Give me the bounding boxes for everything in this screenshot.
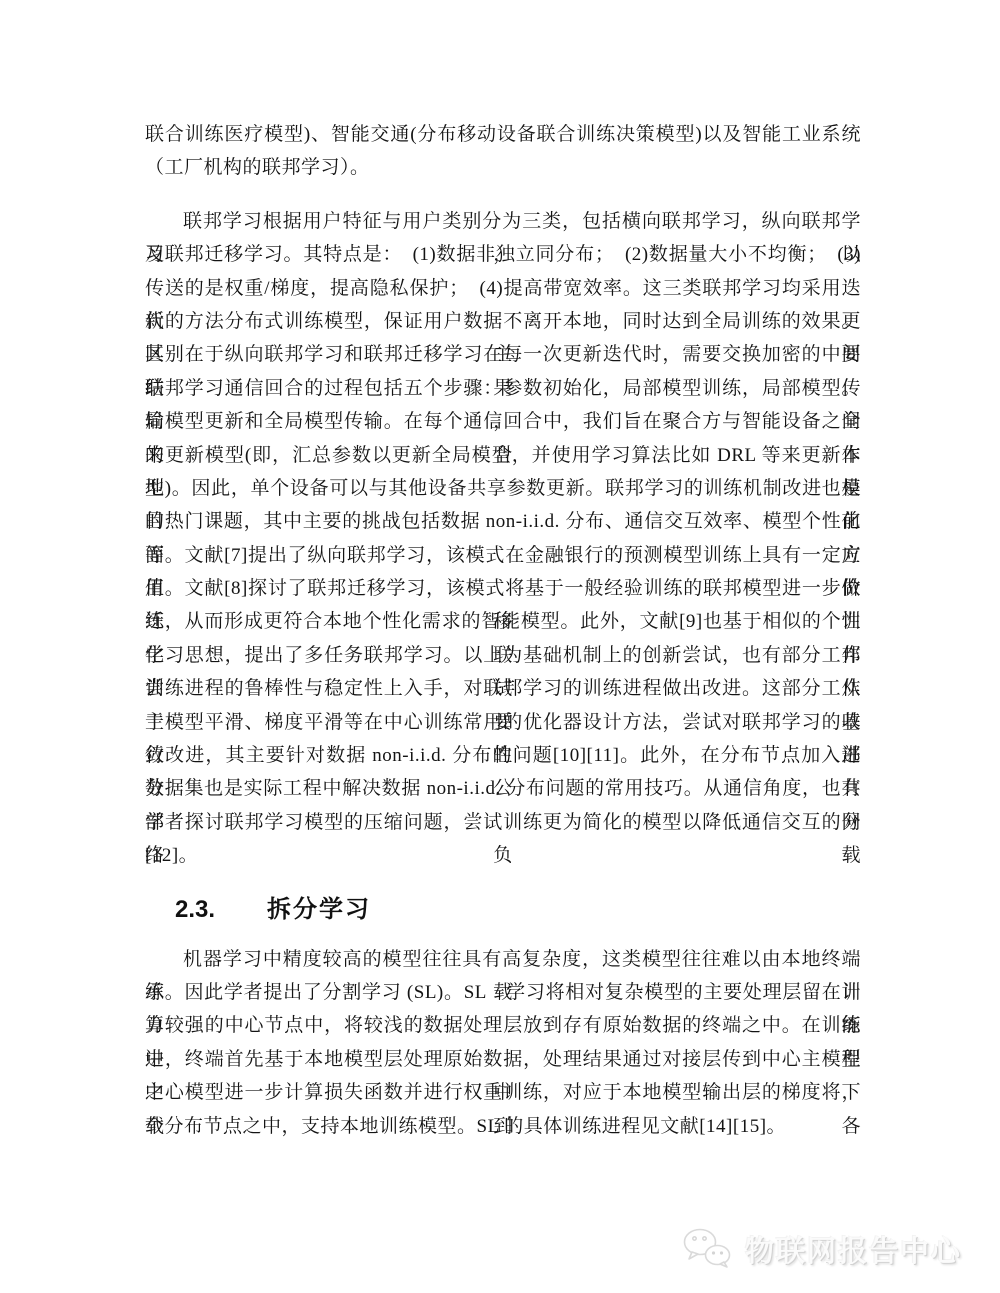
- text-line: 的热门课题，其中主要的挑战包括数据 non-i.i.d. 分布、通信交互效率、模…: [145, 505, 861, 538]
- section-heading: 2.3.拆分学习: [145, 893, 861, 927]
- text-line: 中心模型进一步计算损失函数并进行权重训练，对应于本地模型输出层的梯度将下载到各: [145, 1076, 861, 1109]
- text-line: 行改进，其主要针对数据 non-i.i.d. 分布的问题[10][11]。此外，…: [145, 739, 861, 772]
- text-line: 练。因此学者提出了分割学习 (SL)。SL 学习将相对复杂模型的主要处理层留在计…: [145, 976, 861, 1009]
- text-line: 学习思想，提出了多任务联邦学习。以上为基础机制上的创新尝试，也有部分工作尝试从: [145, 639, 861, 672]
- document-body: 联合训练医疗模型)、智能交通(分布移动设备联合训练决策模型)以及智能工业系统（工…: [145, 118, 861, 1163]
- text-line: 面。文献[7]提出了纵向联邦学习，该模式在金融银行的预测模型训练上具有一定应用价: [145, 539, 861, 572]
- watermark-label: 物联网报告中心: [745, 1229, 962, 1270]
- text-line: 学者探讨联邦学习模型的压缩问题，尝试训练更为简化的模型以降低通信交互的网络负载: [145, 806, 861, 839]
- watermark: 物联网报告中心: [681, 1226, 962, 1272]
- text-line: 区别在于纵向联邦学习和联邦迁移学习在每一次更新迭代时，需要交换加密的中间结果。: [145, 338, 861, 371]
- text-line: 型)。因此，单个设备可以与其他设备共享参数更新。联邦学习的训练机制改进也是目前: [145, 472, 861, 505]
- paragraph: 机器学习中精度较高的模型往往具有高复杂度，这类模型往往难以由本地终端承载训练。因…: [145, 943, 861, 1143]
- text-line: 训练进程的鲁棒性与稳定性上入手，对联邦学习的训练进程做出改进。这部分工作主要基: [145, 672, 861, 705]
- text-line: （工厂机构的联邦学习）。: [145, 151, 861, 184]
- text-line: 中，终端首先基于本地模型层处理原始数据，处理结果通过对接层传到中心主模型之中，: [145, 1043, 861, 1076]
- paragraph: 联邦学习根据用户特征与用户类别分为三类，包括横向联邦学习，纵向联邦学习，以及联邦…: [145, 205, 861, 873]
- text-line: 练，从而形成更符合本地个性化需求的智能模型。此外，文献[9]也基于相似的个性化联…: [145, 605, 861, 638]
- text-line: 联邦学习通信回合的过程包括五个步骤：参数初始化，局部模型训练，局部模型传输，全: [145, 372, 861, 405]
- text-line: 局模型更新和全局模型传输。在每个通信回合中，我们旨在聚合方与智能设备之间的合作: [145, 405, 861, 438]
- text-line: 于模型平滑、梯度平滑等在中心训练常用的优化器设计方法，尝试对联邦学习的收敛性进: [145, 706, 861, 739]
- text-line: 个分布节点之中，支持本地训练模型。SL 的具体训练进程见文献[14][15]。: [145, 1110, 861, 1143]
- text-line: 传送的是权重/梯度，提高隐私保护； (4)提高带宽效率。这三类联邦学习均采用迭代…: [145, 272, 861, 305]
- paragraph: 联合训练医疗模型)、智能交通(分布移动设备联合训练决策模型)以及智能工业系统（工…: [145, 118, 861, 185]
- text-line: 力较强的中心节点中，将较浅的数据处理层放到存有原始数据的终端之中。在训练进程: [145, 1009, 861, 1042]
- text-line: 新的方法分布式训练模型，保证用户数据不离开本地，同时达到全局训练的效果。其主要: [145, 305, 861, 338]
- document-page: 联合训练医疗模型)、智能交通(分布移动设备联合训练决策模型)以及智能工业系统（工…: [0, 0, 1000, 1293]
- text-line: 机器学习中精度较高的模型往往具有高复杂度，这类模型往往难以由本地终端承载训: [145, 943, 861, 976]
- text-line: 值。文献[8]探讨了联邦迁移学习，该模式将基于一般经验训练的联邦模型进一步做迁移…: [145, 572, 861, 605]
- text-line: 数据集也是实际工程中解决数据 non-i.i.d. 分布问题的常用技巧。从通信角…: [145, 772, 861, 805]
- section-title: 拆分学习: [267, 896, 371, 923]
- text-line: 联合训练医疗模型)、智能交通(分布移动设备联合训练决策模型)以及智能工业系统: [145, 118, 861, 151]
- wechat-icon: [681, 1226, 735, 1272]
- section-number: 2.3.: [175, 893, 267, 927]
- text-line: 及联邦迁移学习。其特点是： (1)数据非独立同分布； (2)数据量大小不均衡； …: [145, 238, 861, 271]
- text-line: 来更新模型(即，汇总参数以更新全局模型，并使用学习算法比如 DRL 等来更新本地…: [145, 439, 861, 472]
- text-line: 联邦学习根据用户特征与用户类别分为三类，包括横向联邦学习，纵向联邦学习，以: [145, 205, 861, 238]
